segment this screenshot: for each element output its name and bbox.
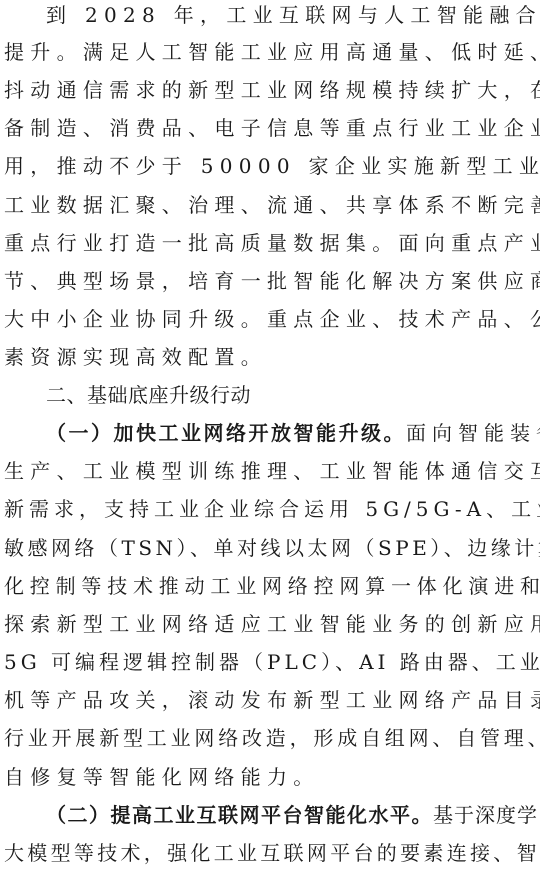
- paragraph-line: 敏感网络（TSN）、单对线以太网（SPE）、边缘计算、云: [4, 533, 538, 563]
- section-heading: 二、基础底座升级行动: [46, 380, 538, 410]
- paragraph-line: 新需求，支持工业企业综合运用 5G/5G-A、工业光网、时间: [4, 494, 538, 524]
- subsection-1-first-line: （一）加快工业网络开放智能升级。面向智能装备协同: [46, 418, 538, 448]
- paragraph-line: 重点行业打造一批高质量数据集。面向重点产业链关键环: [4, 228, 538, 258]
- paragraph-line: 5G 可编程逻辑控制器（PLC）、AI 路由器、工业算网交换: [4, 647, 538, 677]
- paragraph-text: 面向智能装备协同: [406, 421, 540, 445]
- paragraph-line: 到 2028 年，工业互联网与人工智能融合赋能水平显著: [46, 0, 538, 30]
- paragraph-line: 生产、工业模型训练推理、工业智能体通信交互等工业智能: [4, 456, 538, 486]
- subsection-2-title: （二）提高工业互联网平台智能化水平。: [46, 803, 433, 827]
- paragraph-line: 化控制等技术推动工业网络控网算一体化演进和能力升级，: [4, 571, 538, 601]
- paragraph-line: 行业开展新型工业网络改造，形成自组网、自管理、自优化、: [4, 723, 538, 753]
- paragraph-line: 大模型等技术，强化工业互联网平台的要素连接、智能分析、: [4, 838, 538, 868]
- paragraph-line: 用，推动不少于 50000 家企业实施新型工业网络改造升级。: [4, 151, 538, 181]
- subsection-1-title: （一）加快工业网络开放智能升级。: [46, 421, 406, 445]
- paragraph-line: 节、典型场景，培育一批智能化解决方案供应商，有效推动: [4, 266, 538, 296]
- paragraph-line: 机等产品攻关，滚动发布新型工业网络产品目录，推进重点: [4, 685, 538, 715]
- paragraph-line: 工业数据汇聚、治理、流通、共享体系不断完善，在 20 个: [4, 190, 538, 220]
- paragraph-line: 素资源实现高效配置。: [4, 342, 538, 372]
- paragraph-line: 探索新型工业网络适应工业智能业务的创新应用模式。加快: [4, 609, 538, 639]
- paragraph-line: 提升。满足人工智能工业应用高通量、低时延、高可靠、低: [4, 37, 538, 67]
- paragraph-line: 备制造、消费品、电子信息等重点行业工业企业加快部署应: [4, 113, 538, 143]
- paragraph-line: 抖动通信需求的新型工业网络规模持续扩大，在原材料、装: [4, 75, 538, 105]
- paragraph-line: 大中小企业协同升级。重点企业、技术产品、公共服务等要: [4, 304, 538, 334]
- paragraph-text: 基于深度学习、: [433, 803, 540, 827]
- paragraph-line: 自修复等智能化网络能力。: [4, 762, 538, 792]
- subsection-2-first-line: （二）提高工业互联网平台智能化水平。基于深度学习、: [46, 800, 538, 830]
